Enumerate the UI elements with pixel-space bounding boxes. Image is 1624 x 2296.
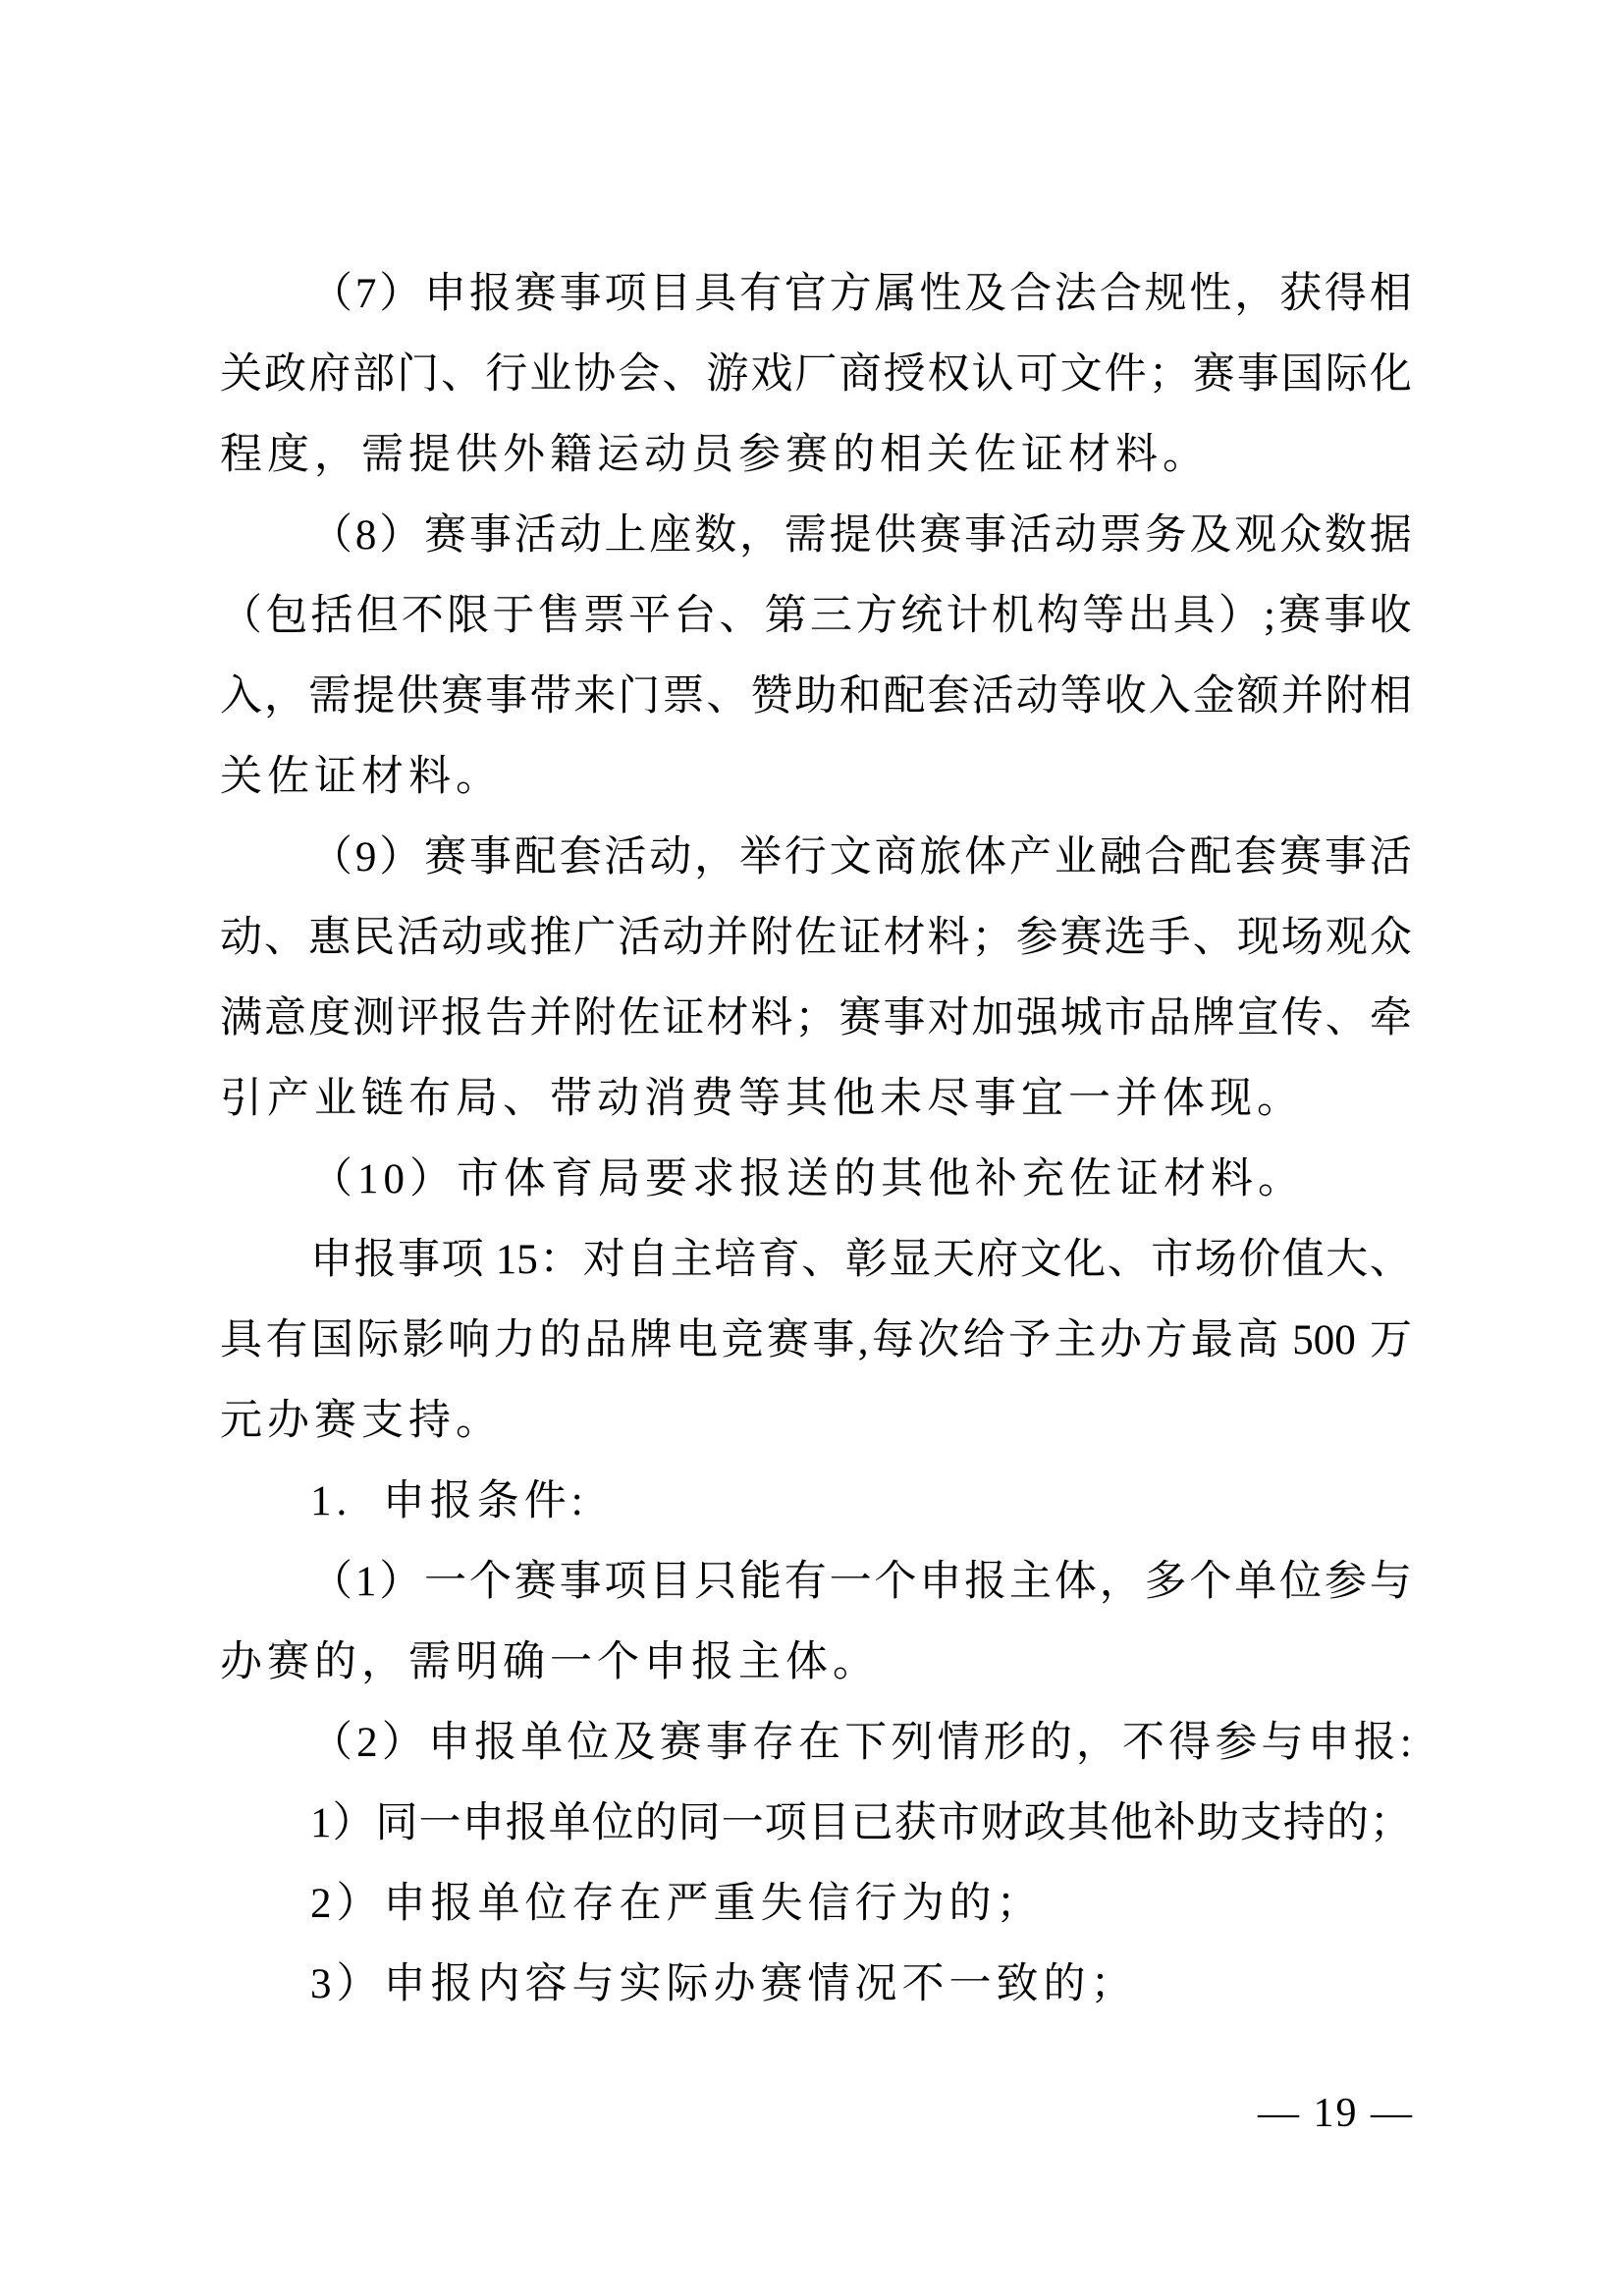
text-line: （包括但不限于售票平台、第三方统计机构等出具）;赛事收 [220, 576, 1412, 657]
text-glyph: 上 [604, 496, 646, 576]
text-glyph: 一 [424, 1542, 466, 1623]
text-glyph: 评 [397, 979, 439, 1059]
text-glyph: 赛 [1193, 335, 1235, 415]
text-glyph: 证 [662, 979, 704, 1059]
text-glyph: 个 [1189, 1542, 1231, 1623]
text-glyph: 对 [928, 979, 970, 1059]
text-glyph: 化 [1370, 335, 1412, 415]
text-glyph: 需 [308, 657, 351, 737]
text-glyph: 选 [1105, 898, 1147, 979]
text-glyph: 合 [1145, 818, 1187, 898]
text-glyph: 等 [1060, 657, 1103, 737]
text-glyph: 活 [514, 496, 557, 576]
text-glyph: 、 [264, 898, 306, 979]
text-glyph: 显 [889, 1220, 931, 1301]
text-glyph: 并 [529, 979, 571, 1059]
text-glyph: 次 [917, 1301, 959, 1381]
text-line: 具有国际影响力的品牌电竞赛事,每次给予主办方最高 500 万 [220, 1301, 1412, 1381]
text-glyph: 一 [830, 1542, 872, 1623]
text-glyph: 括 [310, 576, 352, 657]
text-glyph: 府 [976, 1220, 1018, 1301]
text-glyph: 平 [628, 576, 671, 657]
text-glyph: 事 [964, 496, 1006, 576]
text-glyph: 告 [485, 979, 527, 1059]
text-glyph: 强 [1016, 979, 1058, 1059]
text-glyph: 国 [311, 1301, 353, 1381]
text-glyph: 补 [1154, 1784, 1196, 1864]
text-glyph: 活 [397, 898, 439, 979]
text-glyph: 赛 [1278, 576, 1321, 657]
text-line: 1. 申报条件: [220, 1462, 1412, 1542]
text-glyph: 或 [485, 898, 527, 979]
text-glyph: 场 [1281, 898, 1324, 979]
text-glyph: 配 [1189, 818, 1231, 898]
text-glyph: 、 [706, 657, 748, 737]
text-glyph: ， [694, 818, 736, 898]
text-glyph: 惠 [308, 898, 351, 979]
text-glyph: 材 [883, 898, 925, 979]
text-glyph: 动 [649, 818, 691, 898]
paragraph: 1）同一申报单位的同一项目已获市财政其他补助支持的； [220, 1784, 1412, 1864]
text-glyph: 项 [604, 1542, 646, 1623]
text-glyph: 游 [706, 335, 748, 415]
text-glyph: 、 [662, 335, 704, 415]
text-glyph: 料 [750, 979, 792, 1059]
text-glyph: 行 [785, 818, 827, 898]
text-glyph: 报 [354, 1220, 397, 1301]
text-glyph: 彰 [845, 1220, 888, 1301]
text-glyph: 活 [972, 657, 1014, 737]
text-glyph: 申 [1308, 1703, 1350, 1784]
text-glyph: 传 [1281, 979, 1324, 1059]
text-glyph: 申 [310, 1220, 352, 1301]
text-glyph: 权 [928, 335, 970, 415]
text-glyph: 机 [992, 576, 1034, 657]
text-glyph: 与 [1261, 1703, 1303, 1784]
text-glyph: 宣 [1237, 979, 1279, 1059]
text-glyph: 材 [706, 979, 748, 1059]
text-glyph: 政 [264, 335, 306, 415]
text-glyph: 项 [765, 1784, 807, 1864]
text-glyph: ； [1149, 335, 1191, 415]
text-glyph: 有 [739, 254, 782, 335]
text-glyph: 给 [963, 1301, 1005, 1381]
text-glyph: 合 [1100, 254, 1142, 335]
text-glyph: 培 [714, 1220, 756, 1301]
paragraph: （9）赛事配套活动，举行文商旅体产业融合配套赛事活动、惠民活动或推广活动并附佐证… [220, 818, 1412, 1140]
text-glyph: 事 [560, 254, 602, 335]
text-glyph: 值 [1282, 1220, 1325, 1301]
text-glyph: 只 [694, 1542, 736, 1623]
text-glyph: 和 [839, 657, 881, 737]
text-glyph: （ [310, 254, 352, 335]
text-glyph: 申 [424, 254, 466, 335]
text-line: 3）申报内容与实际办赛情况不一致的； [220, 1945, 1412, 2025]
document-body: （7）申报赛事项目具有官方属性及合法合规性，获得相关政府部门、行业协会、游戏厂商… [220, 254, 1412, 2025]
text-glyph: 第 [765, 576, 807, 657]
text-glyph: 佐 [618, 979, 660, 1059]
text-glyph: 门 [618, 657, 660, 737]
text-glyph: 观 [1326, 898, 1368, 979]
page-number: — 19 — [1258, 2073, 1414, 2154]
text-glyph: 三 [810, 576, 852, 657]
text-glyph: 金 [1193, 657, 1235, 737]
text-glyph: 推 [529, 898, 571, 979]
text-glyph: 7 [355, 254, 377, 335]
text-glyph: 授 [883, 335, 925, 415]
text-glyph: 、 [1193, 898, 1235, 979]
paragraph: 1. 申报条件: [220, 1462, 1412, 1542]
text-glyph: 活 [618, 898, 660, 979]
text-glyph: 活 [1370, 818, 1412, 898]
text-glyph: ） [379, 254, 421, 335]
text-glyph: 观 [1234, 496, 1276, 576]
text-glyph: 单 [520, 1703, 563, 1784]
text-line: （7）申报赛事项目具有官方属性及合法合规性，获得相 [220, 254, 1412, 335]
text-line: （1）一个赛事项目只能有一个申报主体，多个单位参与 [220, 1542, 1412, 1623]
text-glyph: 方 [1145, 1301, 1187, 1381]
text-glyph: 事 [560, 1542, 602, 1623]
text-glyph: 牌 [630, 1301, 673, 1381]
text-glyph: 府 [308, 335, 351, 415]
text-glyph: 予 [1008, 1301, 1051, 1381]
text-glyph: 票 [1100, 496, 1142, 576]
text-glyph: 体 [964, 818, 1006, 898]
text-glyph: 额 [1237, 657, 1279, 737]
text-glyph: ） [382, 1703, 424, 1784]
text-glyph: 证 [839, 898, 881, 979]
text-glyph: 现 [1237, 898, 1279, 979]
text-glyph: 收 [1105, 657, 1147, 737]
text-glyph: 化 [1063, 1220, 1106, 1301]
text-line: 入，需提供赛事带来门票、赞助和配套活动等收入金额并附相 [220, 657, 1412, 737]
text-glyph: 项 [442, 1220, 484, 1301]
text-glyph: 票 [662, 657, 704, 737]
text-glyph: 相 [1370, 657, 1412, 737]
text-glyph: 赛 [1279, 818, 1322, 898]
text-glyph: 报 [964, 1542, 1006, 1623]
text-glyph: 位 [567, 1703, 609, 1784]
text-glyph: 赛 [441, 657, 483, 737]
text-glyph: 但 [356, 576, 399, 657]
text-glyph: ） [1218, 576, 1261, 657]
text-glyph: 、 [1326, 979, 1368, 1059]
text-glyph: 影 [403, 1301, 445, 1381]
text-glyph: 赛 [514, 1542, 557, 1623]
text-glyph: 戏 [750, 335, 792, 415]
text-glyph: 及 [964, 254, 1006, 335]
text-glyph: 套 [928, 657, 970, 737]
text-glyph: 个 [874, 1542, 916, 1623]
text-glyph: 位 [592, 1784, 634, 1864]
text-glyph: 套 [560, 818, 602, 898]
text-line: （8）赛事活动上座数，需提供赛事活动票务及观众数据 [220, 496, 1412, 576]
text-glyph: 具 [1173, 576, 1216, 657]
text-glyph: 万 [1370, 1301, 1412, 1381]
text-glyph: ； [1370, 1784, 1412, 1864]
text-glyph: ; [1264, 576, 1275, 657]
text-glyph: 动 [1016, 657, 1058, 737]
text-glyph: 有 [785, 1542, 827, 1623]
text-glyph: 具 [694, 254, 736, 335]
paragraph: （8）赛事活动上座数，需提供赛事活动票务及观众数据（包括但不限于售票平台、第三方… [220, 496, 1412, 818]
text-line: 2）申报单位存在严重失信行为的； [220, 1864, 1412, 1945]
text-glyph: 、 [1370, 1220, 1412, 1301]
text-glyph: 提 [830, 496, 872, 576]
text-glyph: 来 [573, 657, 616, 737]
text-glyph: 入 [220, 657, 262, 737]
text-glyph: 台 [674, 576, 716, 657]
text-glyph: 方 [855, 576, 897, 657]
text-line: （9）赛事配套活动，举行文商旅体产业融合配套赛事活 [220, 818, 1412, 898]
text-glyph: 加 [972, 979, 1014, 1059]
text-glyph: 附 [750, 898, 792, 979]
text-glyph: 满 [220, 979, 262, 1059]
text-glyph: 助 [794, 657, 837, 737]
text-glyph: 场 [1195, 1220, 1237, 1301]
text-glyph: ， [1076, 1703, 1118, 1784]
text-glyph: 国 [1281, 335, 1324, 415]
text-glyph: 获 [894, 1784, 937, 1864]
text-glyph: 事 [1237, 335, 1279, 415]
text-glyph: 2 [356, 1703, 378, 1784]
text-glyph: 助 [1197, 1784, 1239, 1864]
text-glyph: 举 [739, 818, 782, 898]
text-glyph: 旅 [919, 818, 961, 898]
text-glyph: 赛 [1060, 898, 1103, 979]
text-glyph: 支 [1240, 1784, 1282, 1864]
paragraph: （10）市体育局要求报送的其他补充佐证材料。 [220, 1140, 1412, 1220]
text-glyph: （ [310, 496, 352, 576]
text-glyph: 的 [1326, 1784, 1369, 1864]
text-glyph: 务 [1145, 496, 1187, 576]
text-glyph: 限 [447, 576, 489, 657]
text-line: （10）市体育局要求报送的其他补充佐证材料。 [220, 1140, 1412, 1220]
paragraph: 3）申报内容与实际办赛情况不一致的； [220, 1945, 1412, 2025]
text-line: 关政府部门、行业协会、游戏厂商授权认可文件；赛事国际化 [220, 335, 1412, 415]
text-glyph: 业 [529, 335, 571, 415]
text-glyph: 500 [1282, 1301, 1367, 1381]
text-glyph: ） [379, 1542, 421, 1623]
text-glyph: 事 [469, 818, 512, 898]
text-glyph: 事 [398, 1220, 440, 1301]
text-glyph: 赞 [750, 657, 792, 737]
text-glyph: 有 [265, 1301, 307, 1381]
text-glyph: 座 [649, 496, 691, 576]
text-glyph: 申 [428, 1703, 470, 1784]
text-glyph: 及 [1189, 496, 1231, 576]
text-glyph: 赛 [424, 818, 466, 898]
text-glyph: 事 [469, 496, 512, 576]
text-glyph: 协 [573, 335, 616, 415]
paragraph: （1）一个赛事项目只能有一个申报主体，多个单位参与办赛的，需明确一个申报主体。 [220, 1542, 1412, 1703]
text-glyph: 文 [1020, 1220, 1062, 1301]
text-line: 关佐证材料。 [220, 737, 1412, 818]
text-glyph: 主 [1054, 1301, 1096, 1381]
text-glyph: 料 [928, 898, 970, 979]
text-glyph: 一 [722, 1784, 764, 1864]
text-glyph: 动 [220, 898, 262, 979]
text-glyph: 单 [549, 1784, 591, 1864]
text-glyph: 在 [798, 1703, 840, 1784]
text-glyph: 需 [785, 496, 827, 576]
text-glyph: 报 [469, 254, 512, 335]
text-glyph: 赛 [660, 1703, 702, 1784]
text-glyph: 自 [626, 1220, 669, 1301]
text-glyph: 一 [419, 1784, 461, 1864]
text-glyph: 品 [584, 1301, 626, 1381]
text-glyph: 与 [1370, 1542, 1412, 1623]
text-glyph: 赛 [767, 1301, 809, 1381]
text-glyph: 同 [376, 1784, 418, 1864]
text-glyph: 高 [1236, 1301, 1278, 1381]
text-glyph: 法 [1055, 254, 1097, 335]
text-glyph: 个 [469, 1542, 512, 1623]
text-glyph: 财 [981, 1784, 1023, 1864]
text-glyph: 参 [1325, 1542, 1367, 1623]
text-glyph: 构 [1037, 576, 1079, 657]
text-glyph: 的 [1030, 1703, 1072, 1784]
text-glyph: 情 [937, 1703, 979, 1784]
text-glyph: 他 [1110, 1784, 1153, 1864]
text-glyph: 会 [618, 335, 660, 415]
text-glyph: 厂 [794, 335, 837, 415]
text-glyph: 附 [1326, 657, 1368, 737]
text-glyph: 参 [1016, 898, 1058, 979]
text-glyph: 事 [1324, 576, 1366, 657]
text-glyph: 位 [1279, 1542, 1322, 1623]
text-glyph: 动 [662, 898, 704, 979]
text-glyph: 响 [448, 1301, 490, 1381]
text-line: 申报事项 15：对自主培育、彰显天府文化、市场价值大、 [220, 1220, 1412, 1301]
text-glyph: 下 [844, 1703, 887, 1784]
text-glyph: 、 [801, 1220, 843, 1301]
text-glyph: 数 [1325, 496, 1367, 576]
text-glyph: 报 [441, 979, 483, 1059]
text-glyph: 赛 [839, 979, 881, 1059]
text-glyph: 方 [830, 254, 872, 335]
text-glyph: ） [379, 818, 421, 898]
text-glyph: 育 [758, 1220, 800, 1301]
text-glyph: ： [539, 1220, 581, 1301]
text-line: 动、惠民活动或推广活动并附佐证材料；参赛选手、现场观众 [220, 898, 1412, 979]
text-glyph: ， [264, 657, 306, 737]
text-glyph: （ [220, 576, 262, 657]
text-glyph: 主 [1009, 1542, 1052, 1623]
text-glyph: 持 [1283, 1784, 1326, 1864]
text-glyph: 际 [1326, 335, 1368, 415]
text-glyph: 项 [604, 254, 646, 335]
text-glyph: 电 [676, 1301, 718, 1381]
text-glyph: 包 [265, 576, 307, 657]
text-glyph: 15 [485, 1220, 538, 1301]
text-glyph: 赛 [919, 496, 961, 576]
text-line: 满意度测评报告并附佐证材料；赛事对加强城市品牌宣传、牵 [220, 979, 1412, 1059]
text-glyph: 、 [1108, 1220, 1150, 1301]
text-glyph: 得 [1325, 254, 1367, 335]
text-glyph: 力 [493, 1301, 535, 1381]
text-glyph: 参 [1215, 1703, 1257, 1784]
text-glyph: : [1400, 1703, 1412, 1784]
paragraph: 申报事项 15：对自主培育、彰显天府文化、市场价值大、具有国际影响力的品牌电竞赛… [220, 1220, 1412, 1462]
text-glyph: 每 [872, 1301, 914, 1381]
text-glyph: 业 [1055, 818, 1097, 898]
text-glyph: 价 [1238, 1220, 1280, 1301]
text-glyph: 商 [874, 818, 916, 898]
text-glyph: 市 [1151, 1220, 1193, 1301]
text-glyph: ， [1234, 254, 1276, 335]
text-glyph: 市 [1105, 979, 1147, 1059]
text-glyph: 的 [635, 1784, 677, 1864]
paragraph: 2）申报单位存在严重失信行为的； [220, 1864, 1412, 1945]
text-glyph: 形 [984, 1703, 1026, 1784]
text-glyph: 天 [933, 1220, 975, 1301]
text-glyph: 对 [583, 1220, 625, 1301]
text-line: 引产业链布局、带动消费等其他未尽事宜一并体现。 [220, 1059, 1412, 1140]
text-glyph: 附 [573, 979, 616, 1059]
text-glyph: 牌 [1193, 979, 1235, 1059]
text-glyph: 得 [1168, 1703, 1211, 1784]
text-glyph: ， [739, 496, 782, 576]
text-glyph: 同 [678, 1784, 721, 1864]
paragraph: （2）申报单位及赛事存在下列情形的，不得参与申报: [220, 1703, 1412, 1784]
text-glyph: 配 [514, 818, 557, 898]
text-glyph: 活 [604, 818, 646, 898]
text-glyph: 大 [1326, 1220, 1368, 1301]
text-glyph: 目 [649, 1542, 691, 1623]
text-glyph: 体 [1055, 1542, 1097, 1623]
text-glyph: 存 [752, 1703, 794, 1784]
text-glyph: 办 [1100, 1301, 1142, 1381]
text-glyph: 融 [1100, 818, 1142, 898]
text-glyph: 部 [352, 335, 395, 415]
text-glyph: 供 [397, 657, 439, 737]
text-glyph: 据 [1370, 496, 1412, 576]
text-glyph: 官 [785, 254, 827, 335]
text-glyph: 品 [1149, 979, 1191, 1059]
text-glyph: 能 [739, 1542, 782, 1623]
text-glyph: 申 [919, 1542, 961, 1623]
text-glyph: 报 [506, 1784, 548, 1864]
text-glyph: 提 [352, 657, 395, 737]
text-glyph: 申 [462, 1784, 505, 1864]
text-glyph: 入 [1149, 657, 1191, 737]
text-glyph: 商 [839, 335, 881, 415]
text-glyph: 事 [485, 657, 527, 737]
text-glyph: 门 [397, 335, 439, 415]
text-line: （2）申报单位及赛事存在下列情形的，不得参与申报: [220, 1703, 1412, 1784]
text-glyph: 配 [883, 657, 925, 737]
text-glyph: （ [310, 818, 352, 898]
text-glyph: （ [310, 1542, 352, 1623]
text-line: 程度，需提供外籍运动员参赛的相关佐证材料。 [220, 415, 1412, 496]
text-glyph: , [858, 1301, 869, 1381]
text-glyph: 相 [1370, 254, 1412, 335]
text-glyph: 动 [441, 898, 483, 979]
text-glyph: 列 [891, 1703, 933, 1784]
text-glyph: 广 [573, 898, 616, 979]
text-glyph: 最 [1191, 1301, 1233, 1381]
text-line: 1）同一申报单位的同一项目已获市财政其他补助支持的； [220, 1784, 1412, 1864]
text-line: 办赛的，需明确一个申报主体。 [220, 1623, 1412, 1703]
text-glyph: 1 [310, 1784, 332, 1864]
text-glyph: 售 [538, 576, 580, 657]
text-glyph: 意 [264, 979, 306, 1059]
text-glyph: 牵 [1370, 979, 1412, 1059]
text-glyph: 合 [1009, 254, 1052, 335]
text-glyph: 带 [529, 657, 571, 737]
text-glyph: 于 [492, 576, 534, 657]
